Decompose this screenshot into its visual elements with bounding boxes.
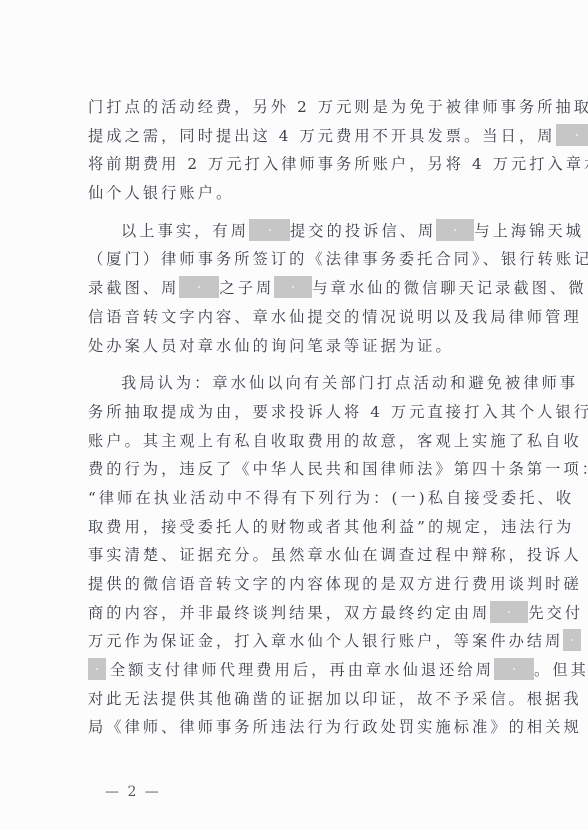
text-line: 信语音转文字内容、章水仙提交的情况说明以及我局律师管理 xyxy=(88,303,544,332)
text-line: 事实清楚、证据充分。虽然章水仙在调查过程中辩称，投诉人 xyxy=(88,541,544,570)
text-line: 处办案人员对章水仙的询问笔录等证据为证。 xyxy=(88,332,544,361)
text-line: 门打点的活动经费，另外 2 万元则是为免于被律师事务所抽取 xyxy=(88,93,544,122)
redaction-block xyxy=(436,219,474,241)
text-segment: 录截图、周 xyxy=(88,279,179,297)
document-page: 门打点的活动经费，另外 2 万元则是为免于被律师事务所抽取 提成之需，同时提出这… xyxy=(0,0,588,830)
redaction-block xyxy=(249,219,290,241)
text-segment: 与章水仙的微信聊天记录截图、微 xyxy=(312,279,586,297)
text-line: 取费用，接受委托人的财物或者其他利益”的规定，违法行为 xyxy=(88,513,544,542)
redaction-block xyxy=(274,276,312,298)
text-line: 费的行为，违反了《中华人民共和国律师法》第四十条第一项： xyxy=(88,455,544,484)
paragraph-gap xyxy=(88,208,544,217)
text-line: 商的内容，并非最终谈判结果，双方最终约定由周先交付 4 xyxy=(88,599,544,628)
redaction-block xyxy=(563,629,581,651)
paragraph-2: 以上事实，有周提交的投诉信、周与上海锦天城 （厦门）律师事务所签订的《法律事务委… xyxy=(88,217,544,360)
paragraph-gap xyxy=(88,360,544,369)
redaction-block xyxy=(494,658,534,680)
text-line: 我局认为：章水仙以向有关部门打点活动和避免被律师事 xyxy=(88,369,544,398)
paragraph-1: 门打点的活动经费，另外 2 万元则是为免于被律师事务所抽取 提成之需，同时提出这… xyxy=(88,93,544,208)
text-segment: 万元作为保证金，打入章水仙个人银行账户，等案件办结周 xyxy=(88,632,563,650)
text-line: 万元作为保证金，打入章水仙个人银行账户，等案件办结周 xyxy=(88,627,544,656)
text-line: 仙个人银行账户。 xyxy=(88,179,544,208)
text-line: 提供的微信语音转文字的内容体现的是双方进行费用谈判时磋 xyxy=(88,570,544,599)
paragraph-3: 我局认为：章水仙以向有关部门打点活动和避免被律师事 务所抽取提成为由，要求投诉人… xyxy=(88,369,544,742)
page-number: — 2 — xyxy=(105,784,161,800)
text-line: （厦门）律师事务所签订的《法律事务委托合同》、银行转账记 xyxy=(88,245,544,274)
document-body: 门打点的活动经费，另外 2 万元则是为免于被律师事务所抽取 提成之需，同时提出这… xyxy=(88,93,544,742)
text-segment: 与上海锦天城 xyxy=(474,222,584,240)
text-line: 以上事实，有周提交的投诉信、周与上海锦天城 xyxy=(88,217,544,246)
text-line: 全额支付律师代理费用后，再由章水仙退还给周。但其 xyxy=(88,656,544,685)
text-segment: 。但其 xyxy=(534,661,588,679)
text-line: 录截图、周之子周与章水仙的微信聊天记录截图、微 xyxy=(88,274,544,303)
redaction-block xyxy=(88,658,106,680)
text-segment: 之子周 xyxy=(219,279,274,297)
text-line: 对此无法提供其他确凿的证据加以印证，故不予采信。根据我 xyxy=(88,685,544,714)
text-segment: 先交付 4 xyxy=(528,604,588,622)
text-line: 账户。其主观上有私自收取费用的故意，客观上实施了私自收 xyxy=(88,427,544,456)
text-line: “律师在执业活动中不得有下列行为：(一)私自接受委托、收 xyxy=(88,484,544,513)
redaction-block xyxy=(179,276,219,298)
text-segment: 全额支付律师代理费用后，再由章水仙退还给周 xyxy=(110,661,494,679)
text-line: 将前期费用 2 万元打入律师事务所账户，另将 4 万元打入章水 xyxy=(88,150,544,179)
redaction-block xyxy=(556,124,588,146)
text-line: 局《律师、律师事务所违法行为行政处罚实施标准》的相关规 xyxy=(88,713,544,742)
text-line: 提成之需，同时提出这 4 万元费用不开具发票。当日，周 xyxy=(88,122,544,151)
text-segment: 商的内容，并非最终谈判结果，双方最终约定由周 xyxy=(88,604,490,622)
redaction-block xyxy=(490,601,528,623)
text-segment: 以上事实，有周 xyxy=(121,222,249,240)
text-segment: 提交的投诉信、周 xyxy=(290,222,436,240)
text-segment: 提成之需，同时提出这 4 万元费用不开具发票。当日，周 xyxy=(88,127,556,145)
text-line: 务所抽取提成为由，要求投诉人将 4 万元直接打入其个人银行 xyxy=(88,398,544,427)
